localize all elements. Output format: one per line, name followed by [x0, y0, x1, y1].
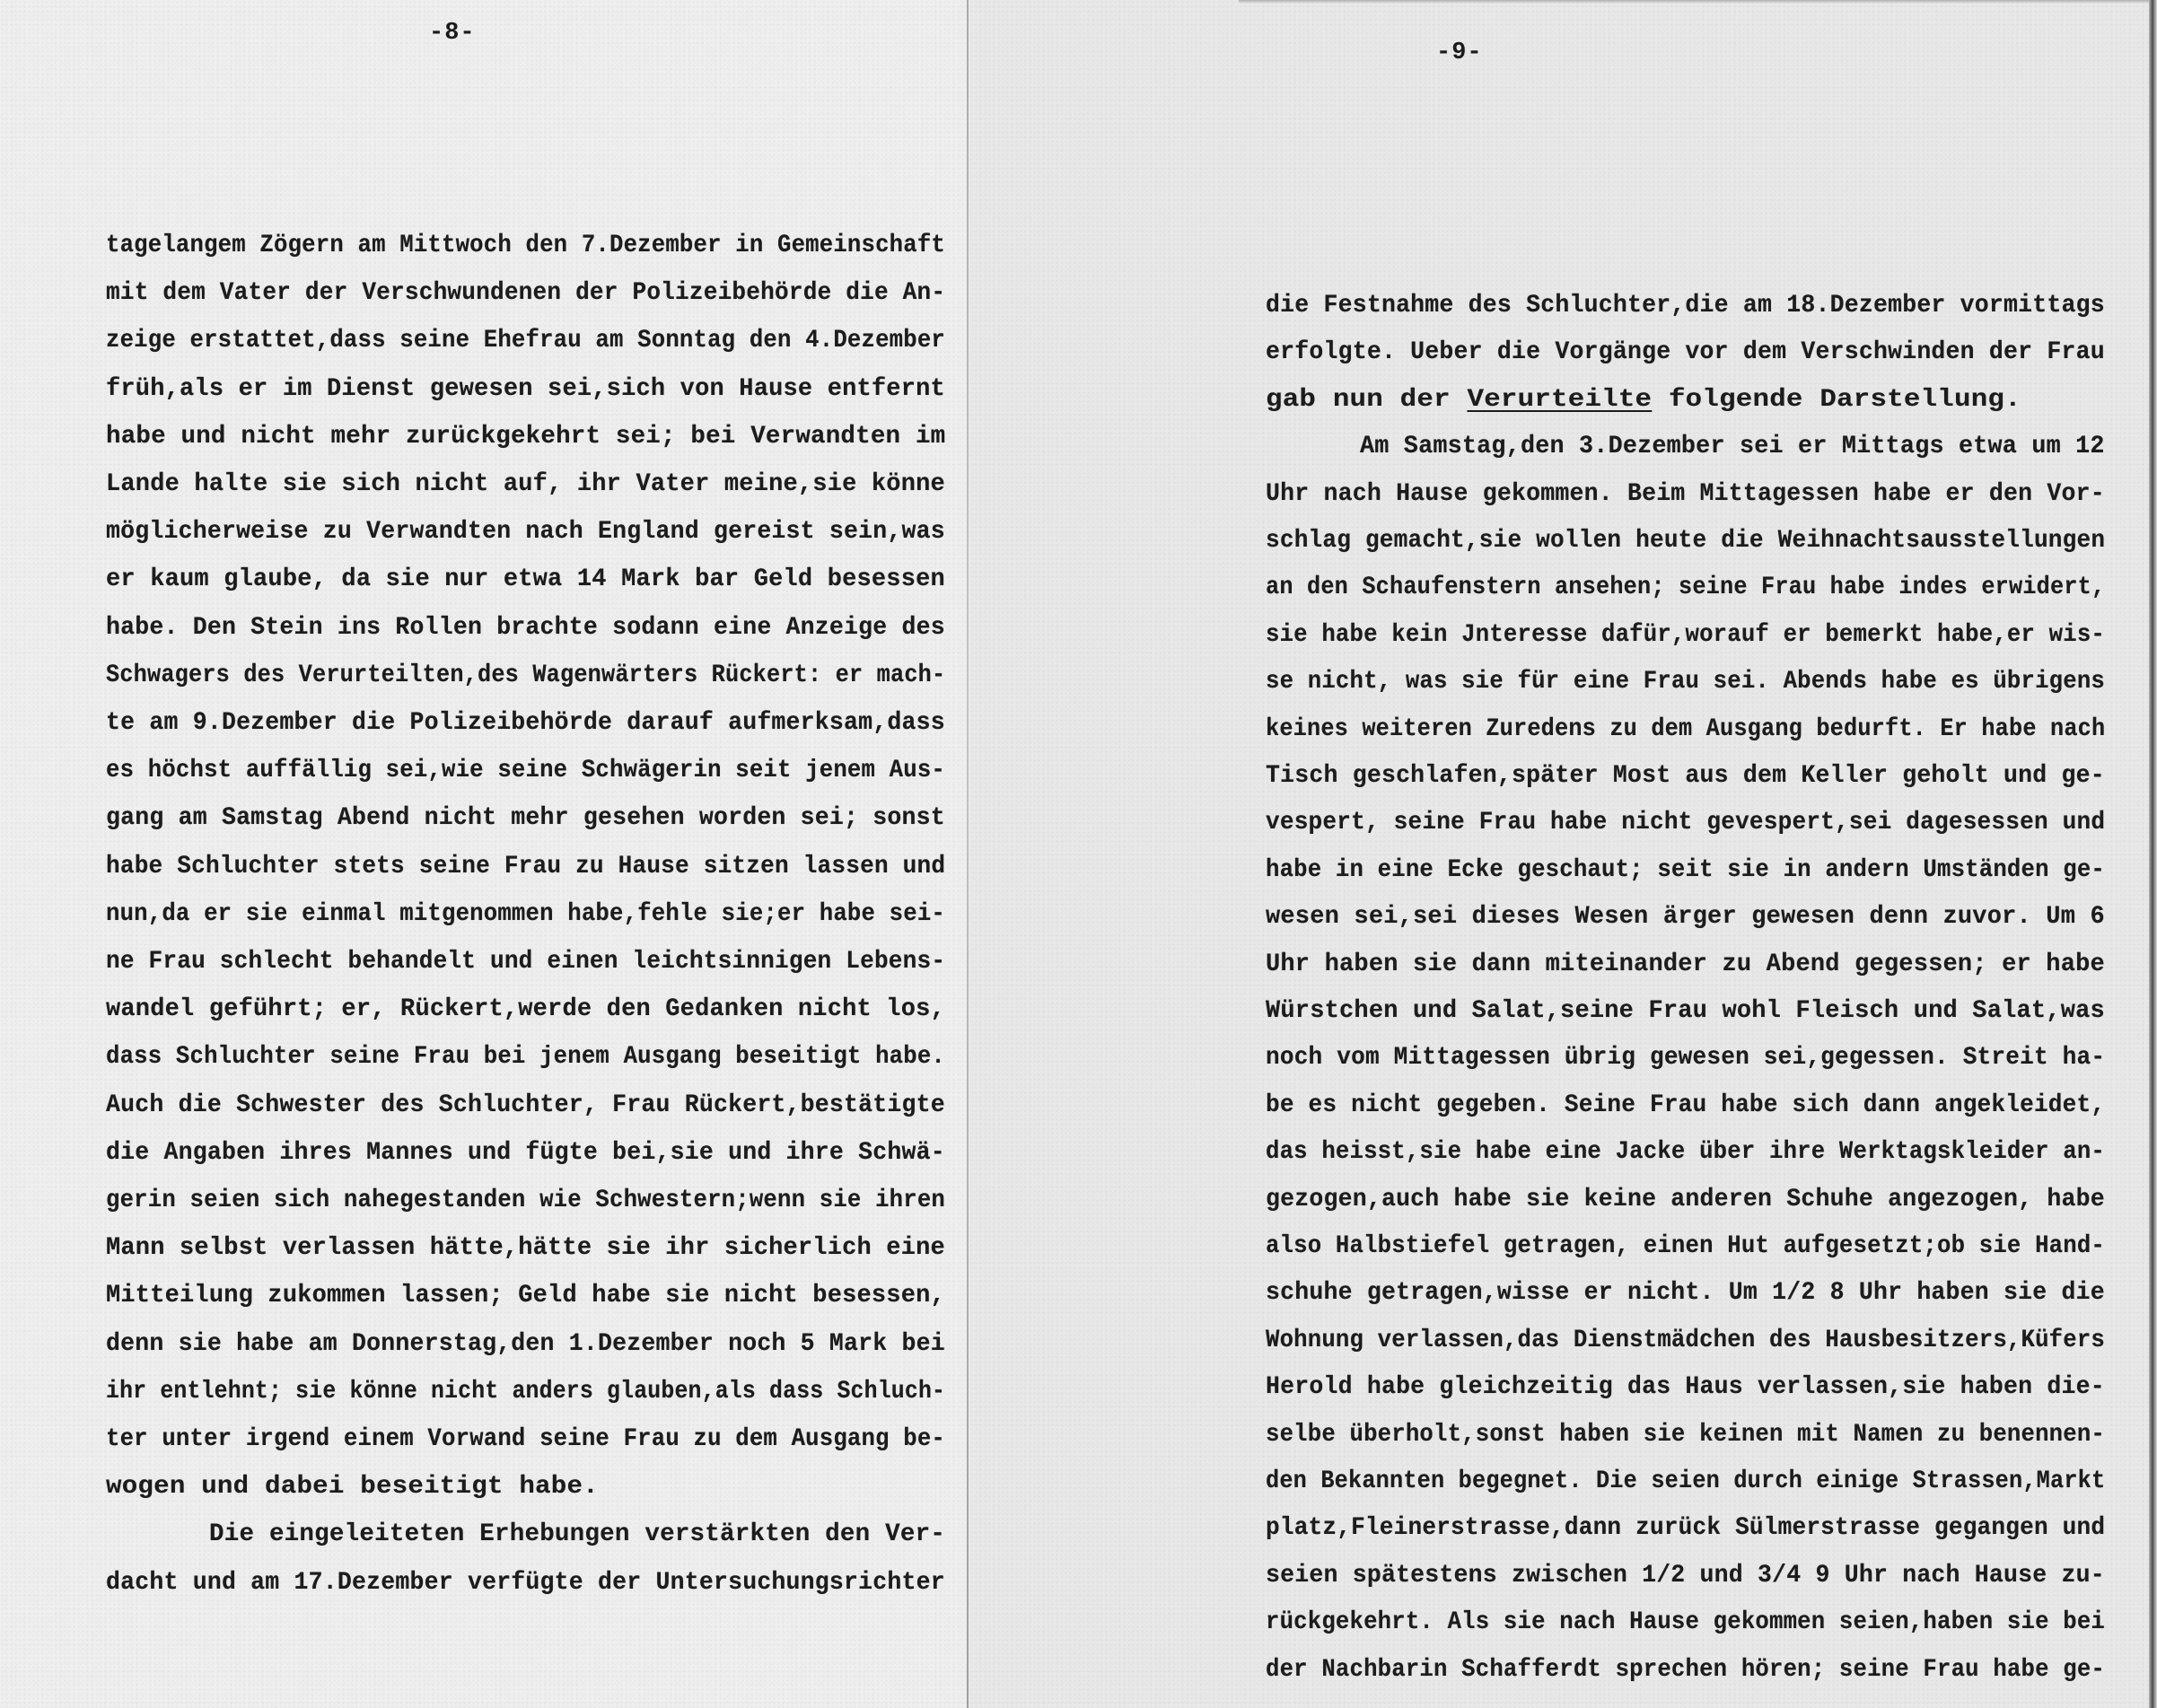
text-line: den Bekannten begegnet. Die seien durch … — [1266, 1467, 2105, 1495]
text-line: be es nicht gegeben. Seine Frau habe sic… — [1266, 1091, 2105, 1119]
text-line: Würstchen und Salat,seine Frau wohl Flei… — [1266, 997, 2105, 1025]
text-line: noch vom Mittagessen übrig gewesen sei,g… — [1266, 1044, 2105, 1072]
text-line: möglicherweise zu Verwandten nach Englan… — [106, 518, 945, 546]
text-line: gang am Samstag Abend nicht mehr gesehen… — [106, 804, 945, 832]
text-line: te am 9.Dezember die Polizeibehörde dara… — [106, 709, 945, 737]
text-line: an den Schaufenstern ansehen; seine Frau… — [1266, 574, 2105, 601]
text-line: dass Schluchter seine Frau bei jenem Aus… — [106, 1043, 945, 1071]
text-line: der Nachbarin Schafferdt sprechen hören;… — [1266, 1656, 2105, 1684]
text-line: tagelangem Zögern am Mittwoch den 7.Deze… — [106, 232, 945, 259]
text-line: zeige erstattet,dass seine Ehefrau am So… — [106, 327, 945, 355]
text-line: wesen sei,sei dieses Wesen ärger gewesen… — [1266, 903, 2105, 931]
text-line: Mitteilung zukommen lassen; Geld habe si… — [106, 1282, 945, 1309]
text-line: also Halbstiefel getragen, einen Hut auf… — [1266, 1232, 2105, 1260]
text-line: Am Samstag,den 3.Dezember sei er Mittags… — [1360, 433, 2105, 460]
text-line: wandel geführt; er, Rückert,werde den Ge… — [106, 995, 945, 1023]
document-spread: -8- tagelangem Zögern am Mittwoch den 7.… — [0, 0, 2157, 1708]
text-line: Uhr nach Hause gekommen. Beim Mittagesse… — [1266, 480, 2105, 508]
text-line: Wohnung verlassen,das Dienstmädchen des … — [1266, 1327, 2105, 1354]
page-gutter-divider — [967, 0, 969, 1708]
text-line: selbe überholt,sonst haben sie keinen mi… — [1266, 1421, 2105, 1449]
text-line: gerin seien sich nahegestanden wie Schwe… — [106, 1187, 945, 1214]
text-line: vespert, seine Frau habe nicht gevespert… — [1266, 809, 2105, 836]
text-line: ne Frau schlecht behandelt und einen lei… — [106, 948, 945, 976]
text-line: die Angaben ihres Mannes und fügte bei,s… — [106, 1139, 945, 1167]
text-line: dacht und am 17.Dezember verfügte der Un… — [106, 1569, 945, 1597]
text-line: gab nun der Verurteilte folgende Darstel… — [1266, 386, 2021, 414]
text-line: erfolgte. Ueber die Vorgänge vor dem Ver… — [1266, 338, 2105, 366]
page-number: -8- — [429, 20, 476, 47]
page-right: -9- die Festnahme des Schluchter,die am … — [969, 0, 2150, 1708]
page-number: -9- — [1436, 39, 1483, 66]
text-line: ihr entlehnt; sie könne nicht anders gla… — [106, 1378, 945, 1406]
text-line: habe in eine Ecke geschaut; seit sie in … — [1266, 856, 2105, 884]
text-line: platz,Fleinerstrasse,dann zurück Sülmers… — [1266, 1514, 2105, 1542]
scan-right-edge — [2149, 0, 2157, 1708]
text-line: schuhe getragen,wisse er nicht. Um 1/2 8… — [1266, 1279, 2105, 1307]
page-left: -8- tagelangem Zögern am Mittwoch den 7.… — [0, 0, 968, 1708]
scan-top-edge — [1239, 0, 2150, 4]
text-line: Uhr haben sie dann miteinander zu Abend … — [1266, 950, 2105, 978]
text-line: es höchst auffällig sei,wie seine Schwäg… — [106, 757, 945, 784]
text-line: habe und nicht mehr zurückgekehrt sei; b… — [106, 423, 945, 451]
text-line: Die eingeleiteten Erhebungen verstärkten… — [209, 1520, 945, 1548]
text-line: die Festnahme des Schluchter,die am 18.D… — [1266, 292, 2105, 320]
text-line: habe. Den Stein ins Rollen brachte sodan… — [106, 614, 945, 642]
text-line: rückgekehrt. Als sie nach Hause gekommen… — [1266, 1608, 2105, 1636]
text-line: keines weiteren Zuredens zu dem Ausgang … — [1266, 715, 2105, 743]
text-line: Auch die Schwester des Schluchter, Frau … — [106, 1091, 945, 1119]
text-line: schlag gemacht,sie wollen heute die Weih… — [1266, 527, 2105, 555]
text-line: Herold habe gleichzeitig das Haus verlas… — [1266, 1373, 2105, 1401]
text-line: mit dem Vater der Verschwundenen der Pol… — [106, 279, 945, 307]
text-line: Lande halte sie sich nicht auf, ihr Vate… — [106, 470, 945, 498]
text-line: früh,als er im Dienst gewesen sei,sich v… — [106, 375, 945, 403]
text-line: denn sie habe am Donnerstag,den 1.Dezemb… — [106, 1330, 945, 1358]
text-line: ter unter irgend einem Vorwand seine Fra… — [106, 1425, 945, 1453]
text-line: Tisch geschlafen,später Most aus dem Kel… — [1266, 762, 2105, 790]
text-line: gezogen,auch habe sie keine anderen Schu… — [1266, 1186, 2105, 1213]
text-line: sie habe kein Jnteresse dafür,worauf er … — [1266, 621, 2105, 649]
text-line: wogen und dabei beseitigt habe. — [106, 1473, 599, 1501]
text-line: se nicht, was sie für eine Frau sei. Abe… — [1266, 668, 2105, 696]
text-line: habe Schluchter stets seine Frau zu Haus… — [106, 853, 945, 880]
underlined-word: Verurteilte — [1467, 386, 1652, 414]
text-line: seien spätestens zwischen 1/2 und 3/4 9 … — [1266, 1562, 2105, 1590]
text-line: das heisst,sie habe eine Jacke über ihre… — [1266, 1138, 2105, 1166]
text-line: Mann selbst verlassen hätte,hätte sie ih… — [106, 1234, 945, 1262]
text-line: nun,da er sie einmal mitgenommen habe,fe… — [106, 900, 945, 928]
text-line: Schwagers des Verurteilten,des Wagenwärt… — [106, 661, 945, 689]
text-line: er kaum glaube, da sie nur etwa 14 Mark … — [106, 565, 945, 593]
